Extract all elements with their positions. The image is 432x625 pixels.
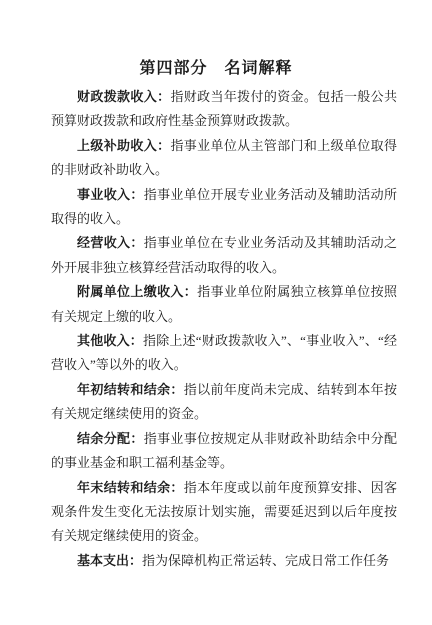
definition-paragraph: 事业收入：指事业单位开展专业业务活动及辅助活动所取得的收入。 [51,183,397,232]
term-label: 结余分配： [77,431,144,446]
term-label: 经营收入： [77,235,144,250]
term-label: 上级补助收入： [77,138,170,153]
term-label: 年初结转和结余： [77,382,184,397]
definition-paragraph: 结余分配：指事业事位按规定从非财政补助结余中分配的事业基金和职工福利基金等。 [51,427,397,476]
term-label: 附属单位上缴收入： [77,284,197,299]
page-title: 第四部分 名词解释 [0,57,432,80]
term-definition: 指为保障机构正常运转、完成日常工作任务 [142,553,389,568]
term-label: 财政拨款收入： [77,89,170,104]
term-label: 其他收入： [77,333,143,348]
definition-paragraph: 年初结转和结余：指以前年度尚未完成、结转到本年按有关规定继续使用的资金。 [51,378,397,427]
definition-paragraph: 其他收入：指除上述“财政拨款收入”、“事业收入”、“经营收入”等以外的收入。 [51,329,397,378]
document-page: 第四部分 名词解释 财政拨款收入：指财政当年拨付的资金。包括一般公共预算财政拨款… [0,0,432,625]
term-label: 年末结转和结余： [77,480,184,495]
definition-paragraph: 上级补助收入：指事业单位从主管部门和上级单位取得的非财政补助收入。 [51,134,397,183]
definition-paragraph: 附属单位上缴收入：指事业单位附属独立核算单位按照有关规定上缴的收入。 [51,280,397,329]
definition-paragraph: 年末结转和结余：指本年度或以前年度预算安排、因客观条件发生变化无法按原计划实施，… [51,476,397,549]
document-body: 财政拨款收入：指财政当年拨付的资金。包括一般公共预算财政拨款和政府性基金预算财政… [51,85,397,573]
definition-paragraph: 经营收入：指事业单位在专业业务活动及其辅助活动之外开展非独立核算经营活动取得的收… [51,231,397,280]
definition-paragraph: 财政拨款收入：指财政当年拨付的资金。包括一般公共预算财政拨款和政府性基金预算财政… [51,85,397,134]
definition-paragraph: 基本支出：指为保障机构正常运转、完成日常工作任务 [51,549,397,573]
term-label: 事业收入： [77,187,144,202]
term-label: 基本支出： [77,553,142,568]
